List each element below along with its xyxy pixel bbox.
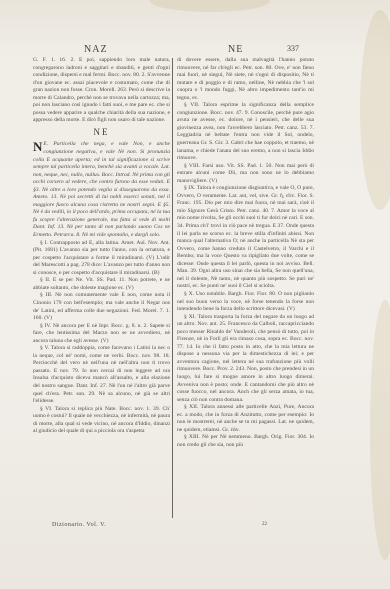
scanned-page: NAZ NE 337 G. F. 1. 16. 2. E poi, sappie… (0, 0, 390, 589)
right-section: § XI. Talora trasporta la forza del nega… (177, 314, 314, 405)
left-section: § III. Nè non comunemente vale E non, co… (33, 292, 170, 322)
right-column: di dovere essere, dalla sua malvagità l'… (177, 57, 314, 449)
entry-lead: E. Particella che nega, e vale Non, e an… (33, 141, 170, 238)
right-section: § XIII. Nè per Nè nemmeno. Bargh. Orig. … (177, 434, 314, 449)
page-number: 337 (287, 44, 299, 53)
left-section: § VI. Talora si replica più Nate. Bocc. … (33, 406, 170, 436)
left-section: § I. Contrapposto ad E, alla latina. Ame… (33, 240, 170, 278)
left-top-text: G. F. 1. 16. 2. E poi, sappiendo loro ma… (33, 57, 170, 125)
right-section: § XII. Talora annessi alle particelle An… (177, 404, 314, 434)
right-top-text: di dovere essere, dalla sua malvagità l'… (177, 57, 314, 102)
footer-signature: 22 (262, 522, 267, 527)
column-divider (172, 58, 173, 518)
paper-stain (360, 10, 390, 210)
right-section: § VIII. Farsi uso. Vit. SS. Pad. 1. 50. … (177, 163, 314, 186)
paper-stain (370, 300, 390, 560)
right-section: § IX. Talora è congiunzione disgiuntiva,… (177, 185, 314, 291)
footer-volume: Dizionario. Vol. V. (52, 522, 106, 528)
paper-stain (150, 0, 270, 12)
left-section: § IV. Nè ancora per E nè Inpr. Bocc. g. … (33, 323, 170, 346)
running-head-right: NE (228, 44, 243, 55)
right-section: § VII. Talora esprime la significanza de… (177, 102, 314, 162)
left-section: § V. Talora si raddoppia, come facevano … (33, 345, 170, 405)
section-heading: NE (33, 129, 170, 137)
left-column: G. F. 1. 16. 2. E poi, sappiendo loro ma… (33, 57, 170, 436)
left-section: § II. E se per Ne. Vit. SS. Pad. 11. Non… (33, 277, 170, 292)
drop-cap: N (33, 141, 42, 152)
right-section: § X. Uso notabile. Bargh. Fior. Fior. 80… (177, 291, 314, 314)
running-head-left: NAZ (84, 44, 108, 55)
